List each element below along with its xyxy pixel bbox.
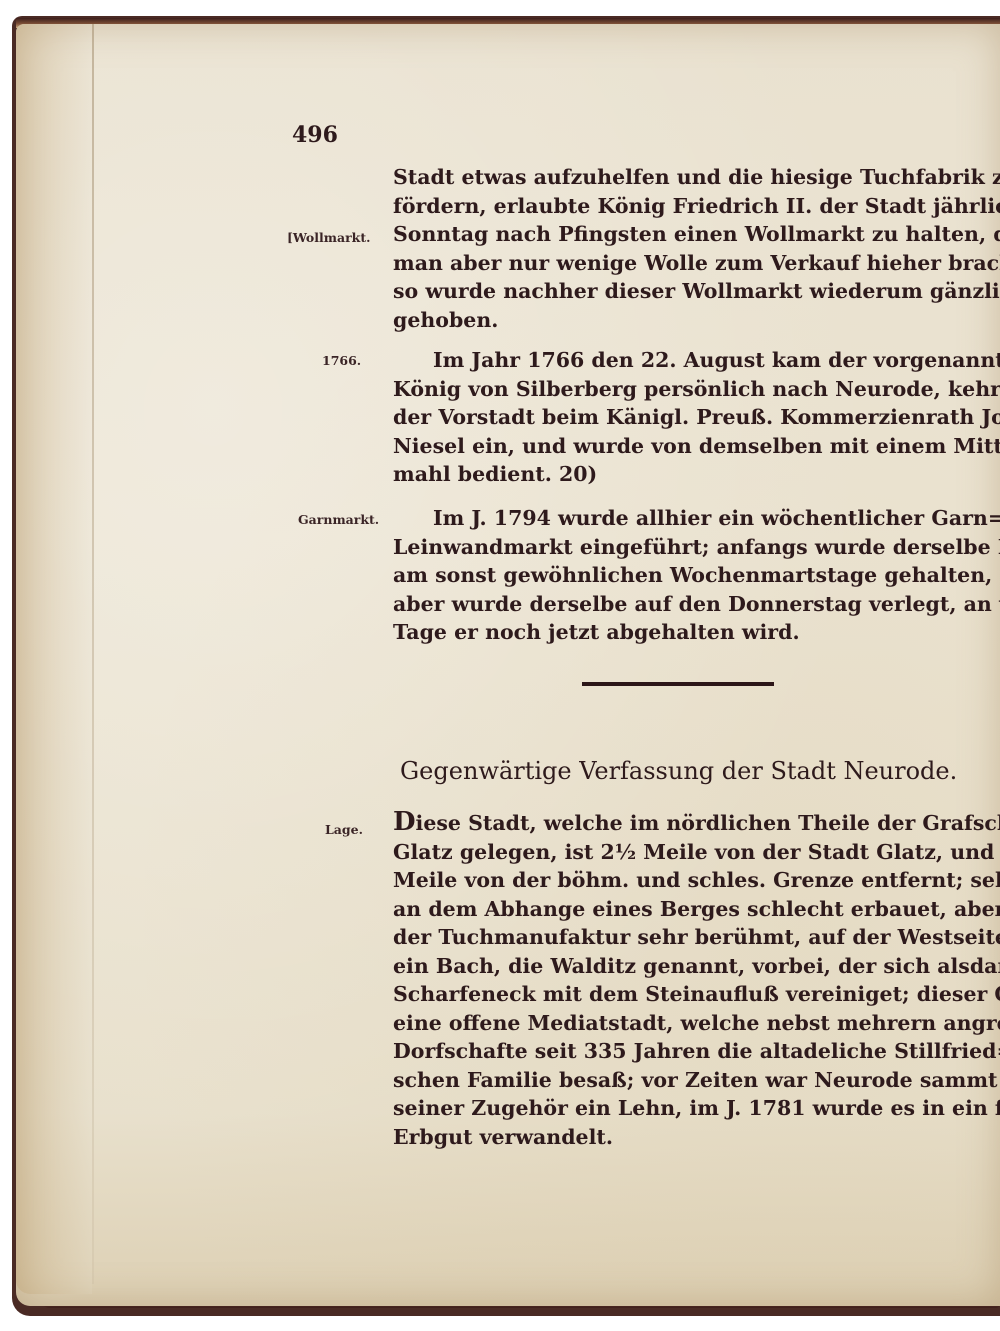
- margin-note-1766: 1766.: [322, 353, 361, 368]
- margin-note-wollmarkt: [Wollmarkt.: [287, 230, 370, 245]
- margin-note-garnmarkt: Garnmarkt.: [298, 512, 379, 527]
- text-line: an dem Abhange eines Berges schlecht erb…: [393, 895, 971, 924]
- paragraph-garnmarkt: Im J. 1794 wurde allhier ein wöchentlich…: [393, 504, 971, 647]
- page-fold-line: [92, 24, 94, 1284]
- text-line: Dorfschafte seit 335 Jahren die altadeli…: [393, 1037, 971, 1066]
- paragraph-1766: Im Jahr 1766 den 22. August kam der vorg…: [393, 346, 971, 489]
- text-line: der Vorstadt beim Känigl. Preuß. Kommerz…: [393, 403, 971, 432]
- paragraph-lage: Diese Stadt, welche im nördlichen Theile…: [393, 808, 971, 1151]
- text-line: eine offene Mediatstadt, welche nebst me…: [393, 1009, 971, 1038]
- text-line: Sonntag nach Pfingsten einen Wollmarkt z…: [393, 220, 971, 249]
- text-line: Glatz gelegen, ist 2½ Meile von der Stad…: [393, 838, 971, 867]
- initial-letter: D: [393, 807, 416, 837]
- text-line: Erbgut verwandelt.: [393, 1123, 971, 1152]
- text-line-with-initial: Diese Stadt, welche im nördlichen Theile…: [393, 808, 971, 838]
- text-line: König von Silberberg persönlich nach Neu…: [393, 375, 971, 404]
- text-line: iese Stadt, welche im nördlichen Theile …: [416, 811, 1000, 835]
- text-line: Stadt etwas aufzuhelfen und die hiesige …: [393, 163, 971, 192]
- text-line: der Tuchmanufaktur sehr berühmt, auf der…: [393, 923, 971, 952]
- text-line: fördern, erlaubte König Friedrich II. de…: [393, 192, 971, 221]
- page-fold-strip: [16, 24, 92, 1294]
- text-line: seiner Zugehör ein Lehn, im J. 1781 wurd…: [393, 1094, 971, 1123]
- text-line: ein Bach, die Walditz genannt, vorbei, d…: [393, 952, 971, 981]
- section-separator-rule: [582, 682, 774, 686]
- margin-note-lage: Lage.: [325, 822, 363, 837]
- text-line: Im J. 1794 wurde allhier ein wöchentlich…: [393, 504, 971, 533]
- section-title: Gegenwärtige Verfassung der Stadt Neurod…: [400, 757, 960, 785]
- text-line: aber wurde derselbe auf den Donnerstag v…: [393, 590, 971, 619]
- text-line: so wurde nachher dieser Wollmarkt wieder…: [393, 277, 971, 306]
- page-number: 496: [292, 122, 338, 148]
- text-line: Tage er noch jetzt abgehalten wird.: [393, 618, 971, 647]
- text-line: Scharfeneck mit dem Steinaufluß vereinig…: [393, 980, 971, 1009]
- paragraph-wollmarkt: Stadt etwas aufzuhelfen und die hiesige …: [393, 163, 971, 334]
- text-line: gehoben.: [393, 306, 971, 335]
- text-line: mahl bedient. 20): [393, 460, 971, 489]
- text-line: schen Familie besaß; vor Zeiten war Neur…: [393, 1066, 971, 1095]
- text-line: Leinwandmarkt eingeführt; anfangs wurde …: [393, 533, 971, 562]
- text-line: Niesel ein, und wurde von demselben mit …: [393, 432, 971, 461]
- text-line: am sonst gewöhnlichen Wochenmartstage ge…: [393, 561, 971, 590]
- text-line: Meile von der böhm. und schles. Grenze e…: [393, 866, 971, 895]
- text-line: Im Jahr 1766 den 22. August kam der vorg…: [393, 346, 971, 375]
- text-line: man aber nur wenige Wolle zum Verkauf hi…: [393, 249, 971, 278]
